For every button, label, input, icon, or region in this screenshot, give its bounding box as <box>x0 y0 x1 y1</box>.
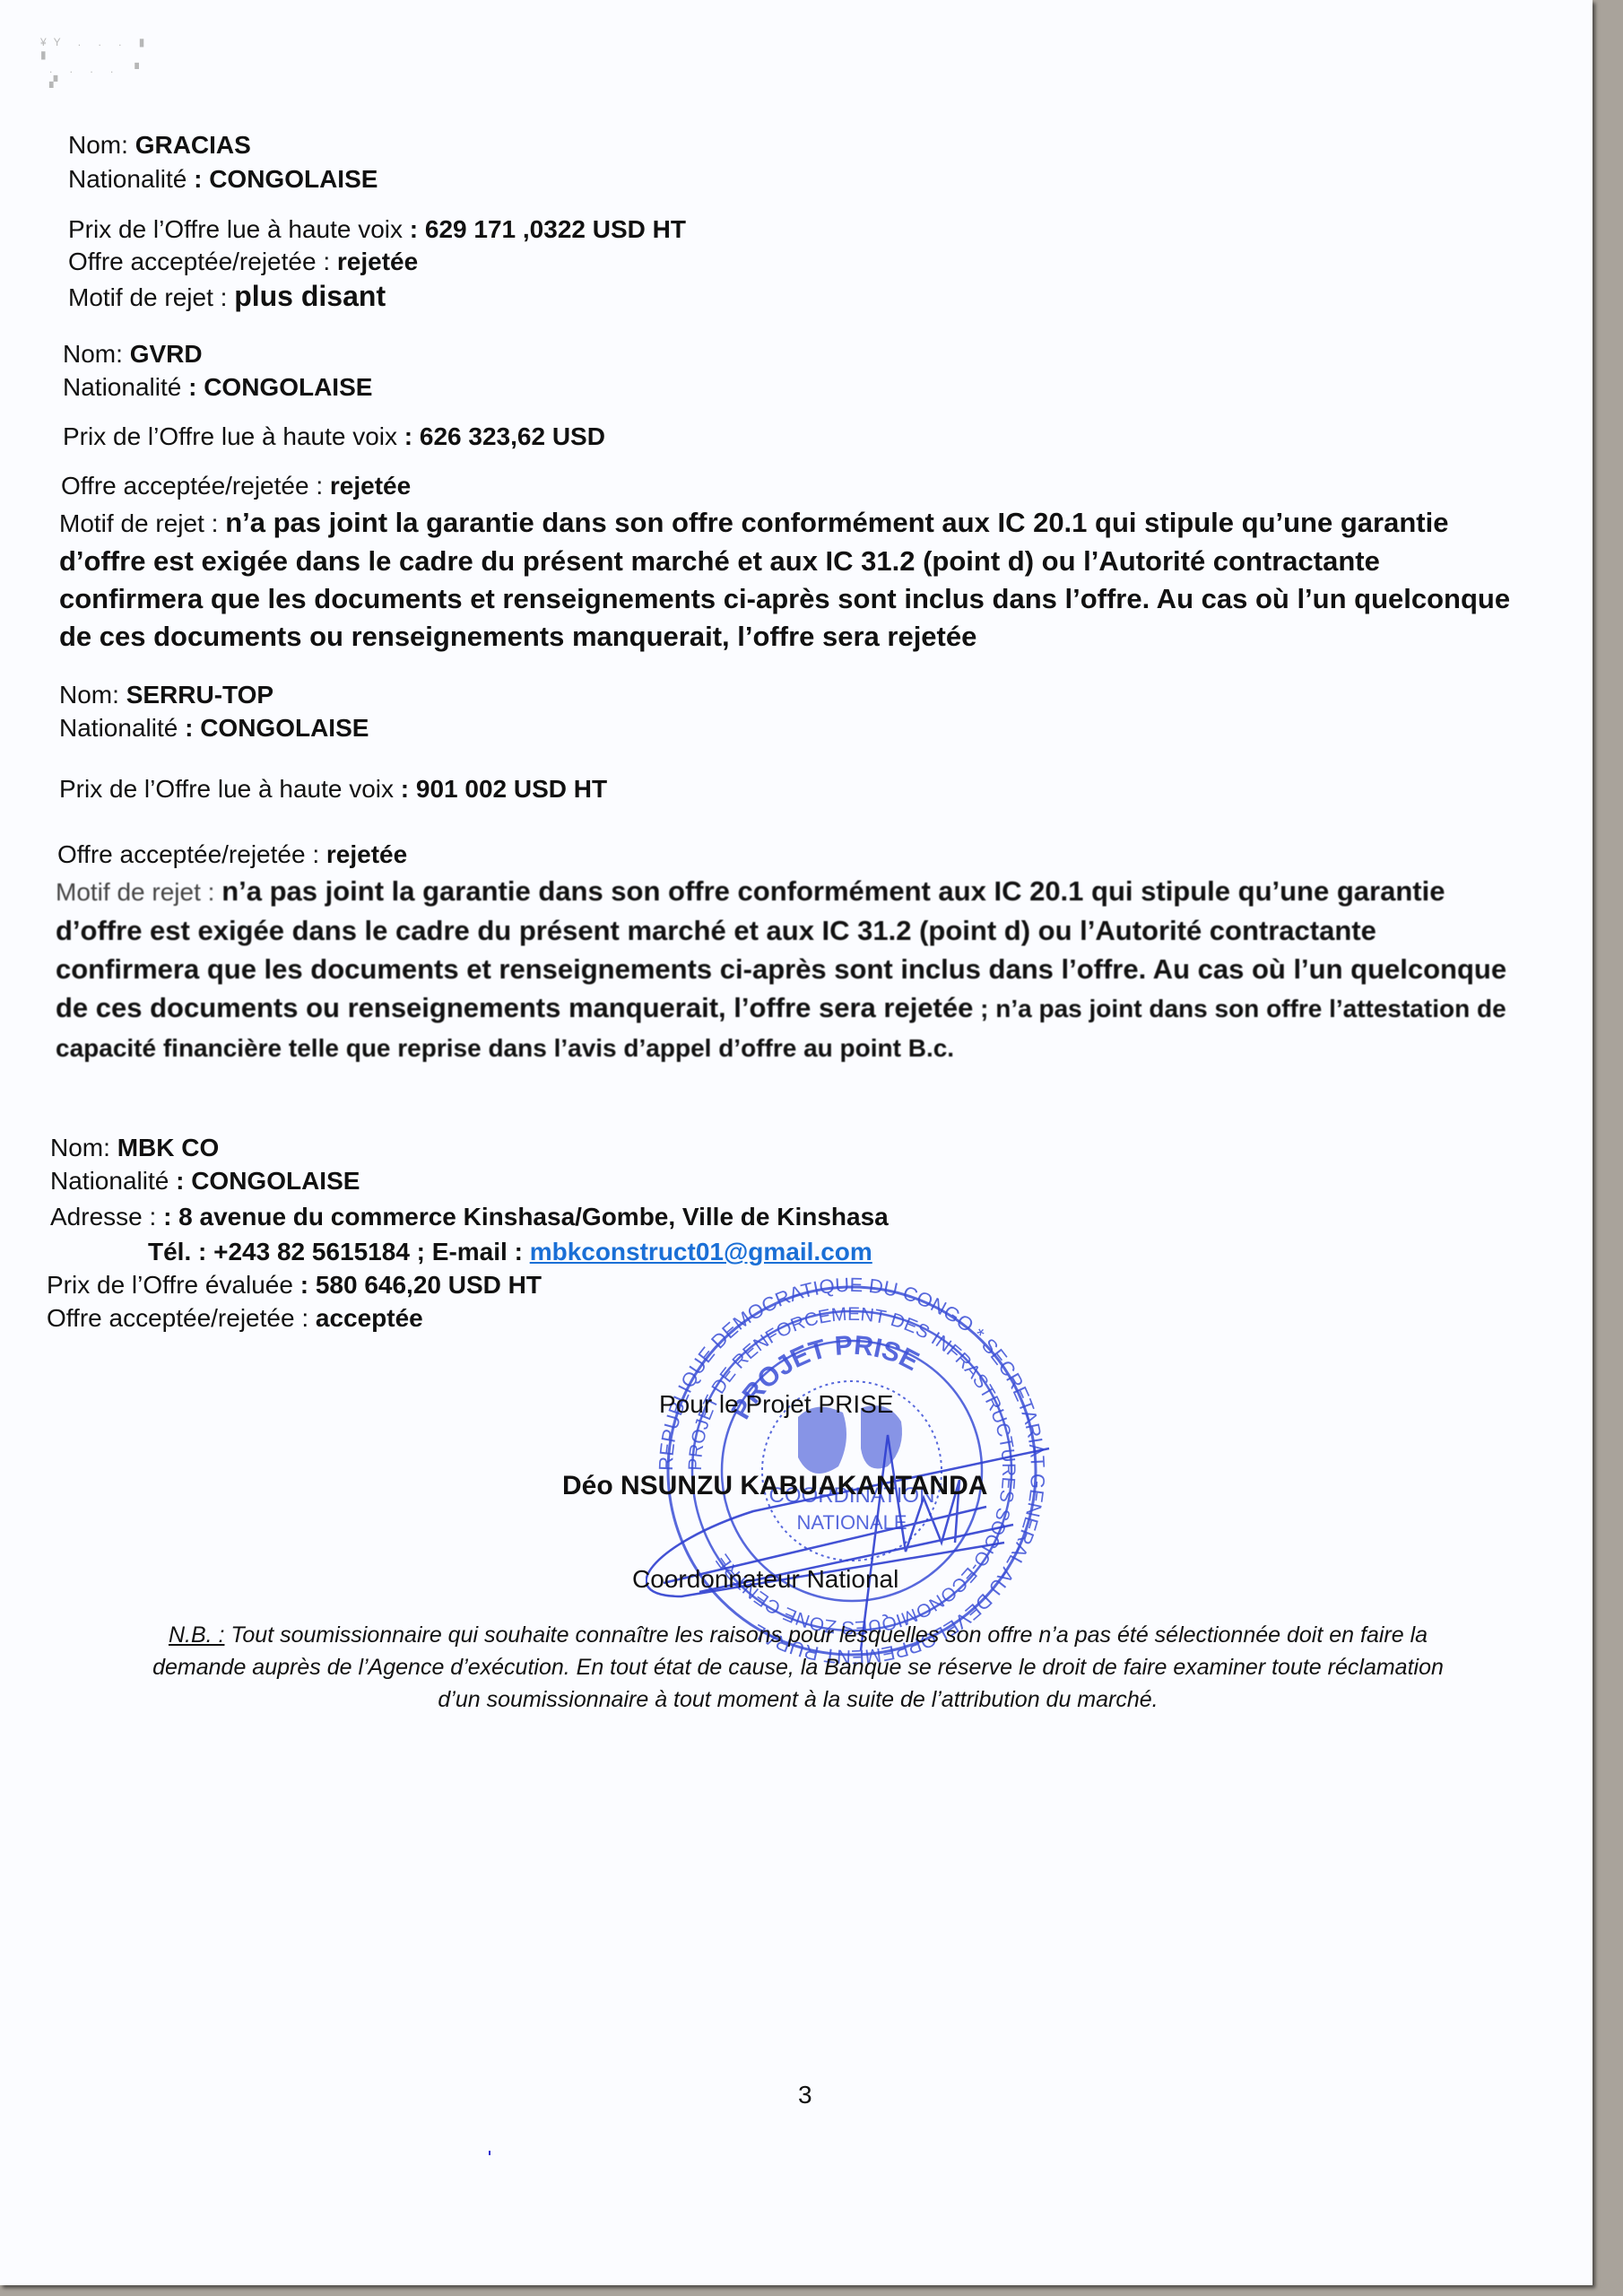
status-line: Offre acceptée/rejetée : rejetée <box>57 837 407 873</box>
price-line: Prix de l’Offre lue à haute voix : 629 1… <box>68 212 686 248</box>
status-value: acceptée <box>316 1304 423 1332</box>
label: Motif de rejet : <box>59 509 225 537</box>
email-link[interactable]: mbkconstruct01@gmail.com <box>530 1238 872 1265</box>
phone-value: Tél. : +243 82 5615184 ; E-mail : <box>148 1238 530 1265</box>
label: Nationalité <box>59 714 185 742</box>
price-line: Prix de l’Offre évaluée : 580 646,20 USD… <box>47 1267 542 1303</box>
label: Adresse : <box>50 1203 163 1231</box>
label: Motif de rejet : <box>68 283 234 311</box>
nationality-value: : CONGOLAISE <box>194 165 378 193</box>
bidder-name: GRACIAS <box>135 131 251 159</box>
reason-value: plus disant <box>234 280 386 312</box>
label: Prix de l’Offre lue à haute voix <box>68 215 410 243</box>
scan-artifact <box>489 2151 490 2155</box>
label: Nom: <box>59 681 126 709</box>
bidder-name-line: Nom: GRACIAS <box>68 127 251 163</box>
nationality-value: : CONGOLAISE <box>185 714 369 742</box>
reason-line: Motif de rejet : plus disant <box>68 278 386 316</box>
label: Prix de l’Offre lue à haute voix <box>63 422 404 450</box>
status-value: rejetée <box>337 248 418 275</box>
note-prefix: N.B. : <box>169 1622 225 1648</box>
signature-for: Pour le Projet PRISE <box>659 1390 893 1419</box>
label: Nom: <box>50 1134 117 1161</box>
nationality-value: : CONGOLAISE <box>176 1167 360 1195</box>
label: Nationalité <box>63 373 188 401</box>
label: Prix de l’Offre lue à haute voix <box>59 775 401 803</box>
status-line: Offre acceptée/rejetée : rejetée <box>61 468 411 504</box>
price-value: : 626 323,62 USD <box>404 422 605 450</box>
document-page: ¥Y . . . ▮ ▮ . . . . ▝ ▞ Nom: GRACIAS Na… <box>0 0 1593 2285</box>
label: Offre acceptée/rejetée : <box>68 248 337 275</box>
address-value: : 8 avenue du commerce Kinshasa/Gombe, V… <box>163 1203 889 1231</box>
price-line: Prix de l’Offre lue à haute voix : 626 3… <box>63 419 605 455</box>
label: Nom: <box>68 131 135 159</box>
note-text: d’un soumissionnaire à tout moment à la … <box>438 1687 1158 1712</box>
note-line-1: N.B. : Tout soumissionnaire qui souhaite… <box>54 1620 1542 1650</box>
reason-value: n’a pas joint la garantie dans son offre… <box>59 507 1510 652</box>
label: Nationalité <box>68 165 194 193</box>
signatory-name: Déo NSUNZU KABUAKANTANDA <box>562 1471 987 1501</box>
note-text: demande auprès de l’Agence d’exécution. … <box>152 1655 1444 1680</box>
bidder-name-line: Nom: MBK CO <box>50 1130 219 1166</box>
reason-paragraph: Motif de rejet : n’a pas joint la garant… <box>56 872 1526 1067</box>
label: Offre acceptée/rejetée : <box>57 840 326 868</box>
address-line: Adresse : : 8 avenue du commerce Kinshas… <box>50 1199 889 1235</box>
status-line: Offre acceptée/rejetée : rejetée <box>68 244 418 280</box>
note-line-3: d’un soumissionnaire à tout moment à la … <box>54 1684 1542 1715</box>
bidder-name: GVRD <box>130 340 203 368</box>
bidder-name: MBK CO <box>117 1134 220 1161</box>
label: Motif de rejet : <box>56 878 221 906</box>
label: Nationalité <box>50 1167 176 1195</box>
label: Offre acceptée/rejetée : <box>47 1304 316 1332</box>
status-line: Offre acceptée/rejetée : acceptée <box>47 1300 423 1336</box>
signatory-title: Coordonnateur National <box>632 1565 898 1594</box>
price-value: : 901 002 USD HT <box>401 775 607 803</box>
nationality-line: Nationalité : CONGOLAISE <box>63 370 372 405</box>
contact-line: Tél. : +243 82 5615184 ; E-mail : mbkcon… <box>148 1234 872 1270</box>
nationality-line: Nationalité : CONGOLAISE <box>50 1163 360 1199</box>
price-line: Prix de l’Offre lue à haute voix : 901 0… <box>59 771 607 807</box>
nationality-value: : CONGOLAISE <box>188 373 372 401</box>
reason-paragraph: Motif de rejet : n’a pas joint la garant… <box>59 504 1530 656</box>
status-value: rejetée <box>330 472 411 500</box>
bidder-name: SERRU-TOP <box>126 681 273 709</box>
scan-artifact: ¥Y . . . ▮ ▮ <box>40 36 157 63</box>
page-number: 3 <box>798 2081 812 2109</box>
bidder-name-line: Nom: SERRU-TOP <box>59 677 273 713</box>
label: Prix de l’Offre évaluée <box>47 1271 300 1299</box>
nationality-line: Nationalité : CONGOLAISE <box>59 710 369 746</box>
label: Nom: <box>63 340 130 368</box>
price-value: : 580 646,20 USD HT <box>300 1271 542 1299</box>
price-value: : 629 171 ,0322 USD HT <box>410 215 686 243</box>
status-value: rejetée <box>326 840 407 868</box>
note-text: Tout soumissionnaire qui souhaite connaî… <box>224 1622 1428 1648</box>
nationality-line: Nationalité : CONGOLAISE <box>68 161 378 197</box>
label: Offre acceptée/rejetée : <box>61 472 330 500</box>
scan-artifact: . . . . ▝ ▞ <box>49 63 157 90</box>
bidder-name-line: Nom: GVRD <box>63 336 203 372</box>
note-line-2: demande auprès de l’Agence d’exécution. … <box>54 1652 1542 1683</box>
